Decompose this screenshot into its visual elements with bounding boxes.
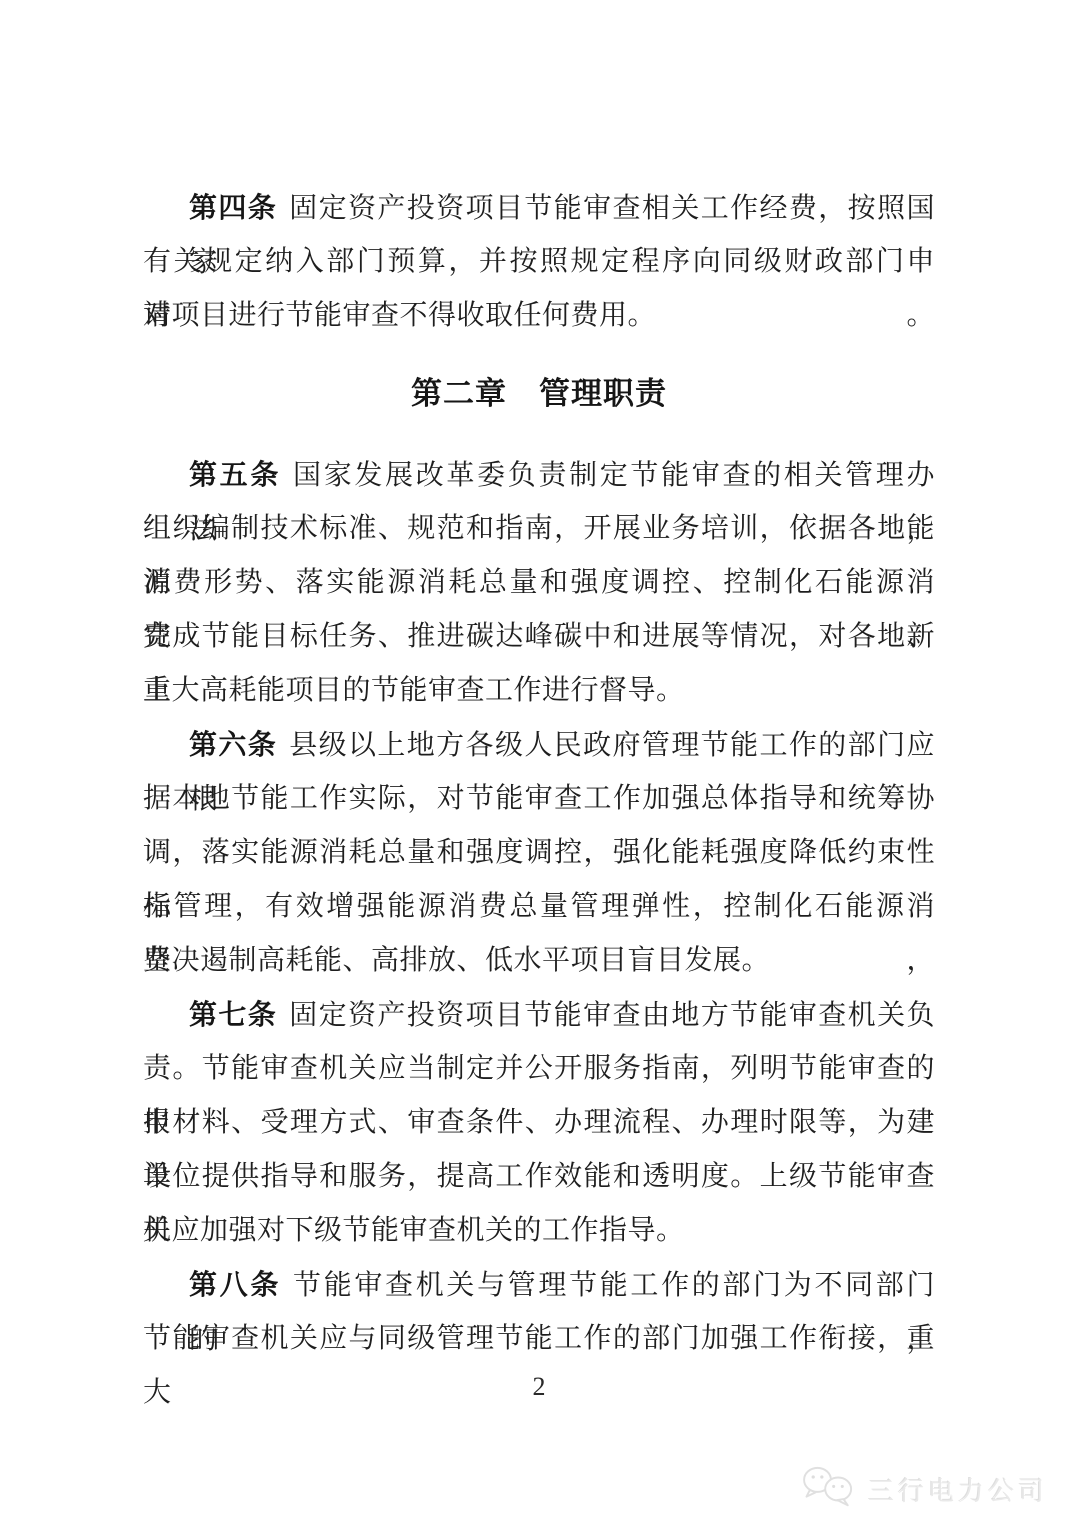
text-line: 报材料、受理方式、审查条件、办理流程、办理时限等，为建设 — [143, 1096, 935, 1150]
watermark-brand-text: 三行电力公司 — [868, 1471, 1048, 1508]
text-line: 调，落实能源消耗总量和强度调控，强化能耗强度降低约束性指 — [143, 826, 935, 880]
article-number-label: 第五条 — [189, 459, 281, 490]
article-number-label: 第七条 — [189, 999, 277, 1030]
text-line: 有关规定纳入部门预算，并按照规定程序向同级财政部门申请。 — [143, 235, 935, 289]
page-number: 2 — [143, 1366, 935, 1408]
article-number-label: 第四条 — [189, 192, 277, 223]
text-line: 单位提供指导和服务，提高工作效能和透明度。上级节能审查机 — [143, 1150, 935, 1204]
article-number-label: 第八条 — [189, 1269, 281, 1300]
text-line: 节能审查机关应与同级管理节能工作的部门加强工作衔接，重大 — [143, 1312, 935, 1366]
document-page: 第四条固定资产投资项目节能审查相关工作经费，按照国家 有关规定纳入部门预算，并按… — [0, 0, 1080, 1527]
text-line: 重大高耗能项目的节能审查工作进行督导。 — [143, 664, 935, 718]
text-line: 标管理，有效增强能源消费总量管理弹性，控制化石能源消费， — [143, 880, 935, 934]
article-paragraph: 第七条固定资产投资项目节能审查由地方节能审查机关负 责。节能审查机关应当制定并公… — [143, 988, 935, 1258]
text-line: 第七条固定资产投资项目节能审查由地方节能审查机关负 — [143, 988, 935, 1042]
text-line: 完成节能目标任务、推进碳达峰碳中和进展等情况，对各地新上 — [143, 610, 935, 664]
text-line: 第四条固定资产投资项目节能审查相关工作经费，按照国家 — [143, 181, 935, 235]
wechat-icon — [801, 1465, 859, 1513]
text-line: 第六条县级以上地方各级人民政府管理节能工作的部门应根 — [143, 718, 935, 772]
text-line: 第八条节能审查机关与管理节能工作的部门为不同部门的， — [143, 1258, 935, 1312]
article-paragraph: 第八条节能审查机关与管理节能工作的部门为不同部门的， 节能审查机关应与同级管理节… — [143, 1258, 935, 1366]
article-paragraph: 第五条国家发展改革委负责制定节能审查的相关管理办法， 组织编制技术标准、规范和指… — [143, 448, 935, 718]
text-line: 消费形势、落实能源消耗总量和强度调控、控制化石能源消费、 — [143, 556, 935, 610]
article-paragraph: 第四条固定资产投资项目节能审查相关工作经费，按照国家 有关规定纳入部门预算，并按… — [143, 181, 935, 343]
article-number-label: 第六条 — [189, 729, 277, 760]
document-body: 第四条固定资产投资项目节能审查相关工作经费，按照国家 有关规定纳入部门预算，并按… — [143, 181, 935, 1408]
text-line: 第五条国家发展改革委负责制定节能审查的相关管理办法， — [143, 448, 935, 502]
watermark: 三行电力公司 — [801, 1465, 1048, 1513]
text-line: 组织编制技术标准、规范和指南，开展业务培训，依据各地能源 — [143, 502, 935, 556]
text-line: 据本地节能工作实际，对节能审查工作加强总体指导和统筹协 — [143, 772, 935, 826]
text-run: 固定资产投资项目节能审查由地方节能审查机关负 — [289, 1000, 935, 1031]
text-line: 关应加强对下级节能审查机关的工作指导。 — [143, 1204, 935, 1258]
chapter-heading: 第二章 管理职责 — [143, 367, 935, 421]
text-line: 责。节能审查机关应当制定并公开服务指南，列明节能审查的申 — [143, 1042, 935, 1096]
article-paragraph: 第六条县级以上地方各级人民政府管理节能工作的部门应根 据本地节能工作实际，对节能… — [143, 718, 935, 988]
